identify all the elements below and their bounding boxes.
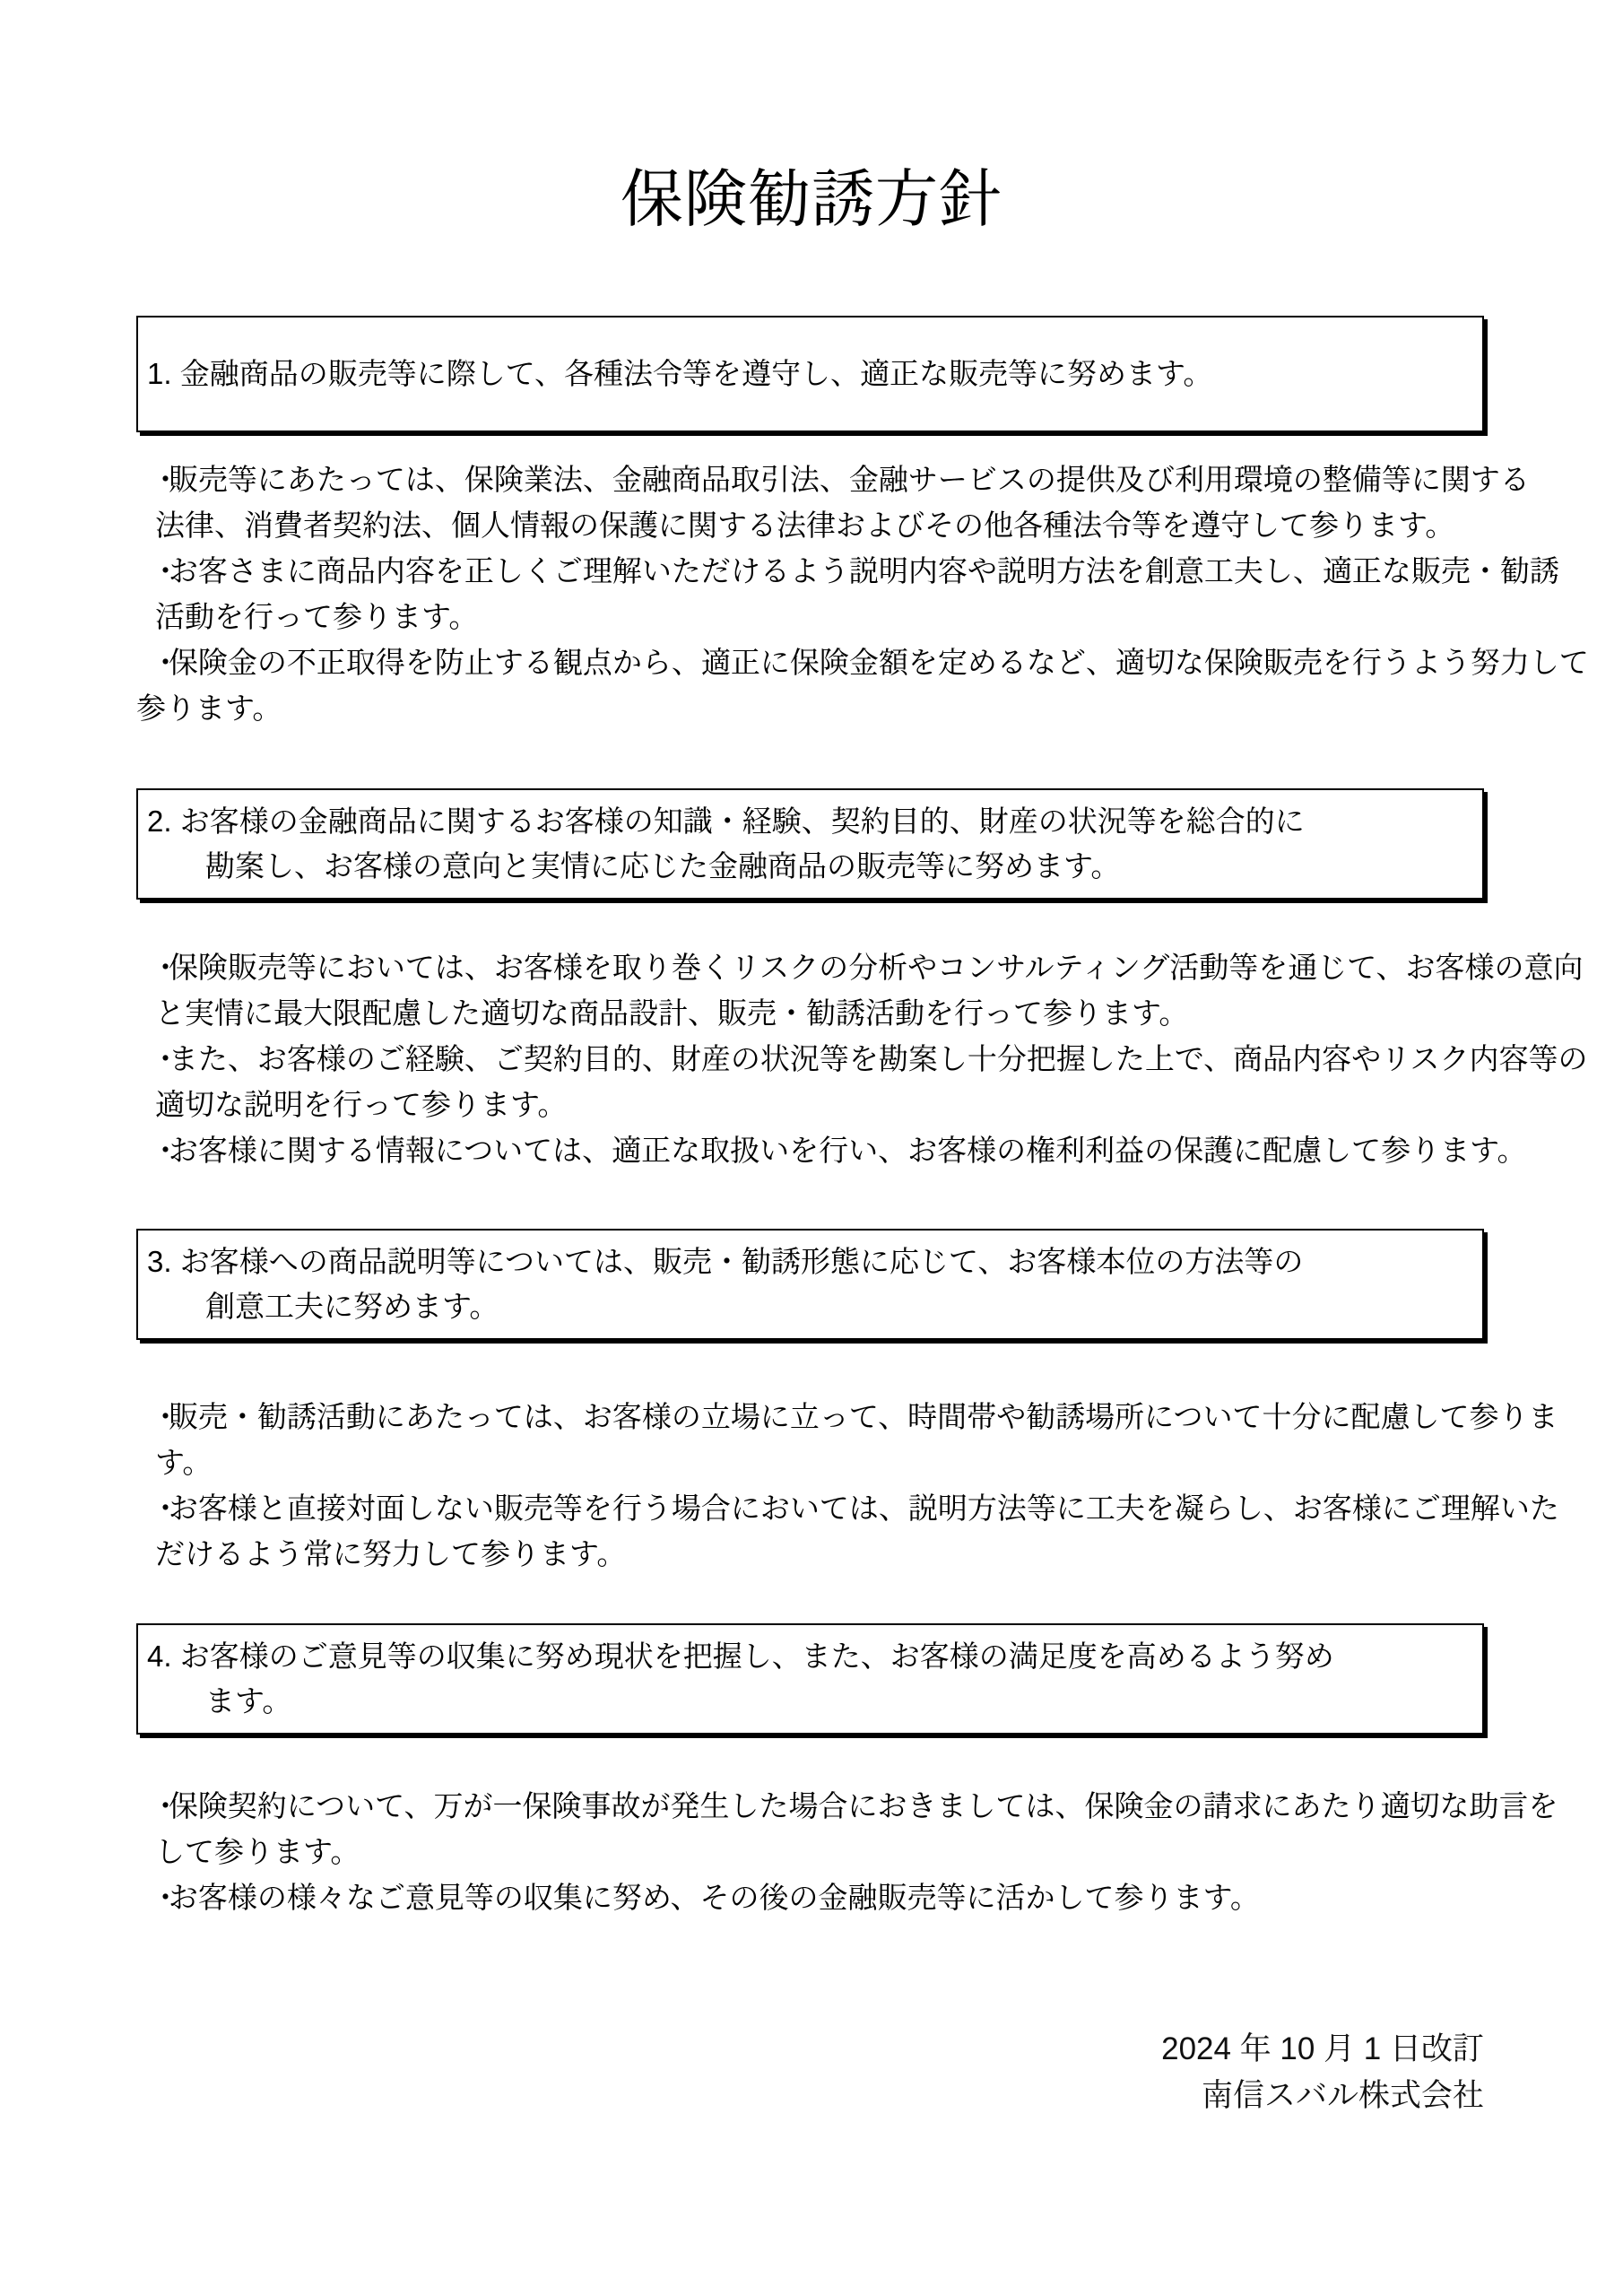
bullet-line: ・お客様に関する情報については、適正な取扱いを行い、お客様の権利利益の保護に配慮… bbox=[136, 1127, 1484, 1173]
bullet-text: 保険金の不正取得を防止する観点から、適正に保険金額を定めるなど、適切な保険販売を… bbox=[169, 646, 1589, 679]
policy-section: 4. お客様のご意見等の収集に努め現状を把握し、また、お客様の満足度を高めるよう… bbox=[136, 1623, 1484, 1920]
bullet-line: ・販売・勧誘活動にあたっては、お客様の立場に立って、時間帯や勧誘場所について十分… bbox=[136, 1394, 1484, 1439]
bullet-text: 販売等にあたっては、保険業法、金融商品取引法、金融サービスの提供及び利用環境の整… bbox=[169, 463, 1530, 496]
heading-line: ます。 bbox=[147, 1679, 1473, 1724]
bullet-marker: ・ bbox=[151, 463, 169, 496]
section-heading-box: 2. お客様の金融商品に関するお客様の知識・経験、契約目的、財産の状況等を総合的… bbox=[136, 788, 1484, 900]
section-body: ・保険契約について、万が一保険事故が発生した場合におきましては、保険金の請求にあ… bbox=[136, 1783, 1484, 1920]
section-heading-box: 1. 金融商品の販売等に際して、各種法令等を遵守し、適正な販売等に努めます。 bbox=[136, 316, 1484, 432]
bullet-marker: ・ bbox=[151, 1134, 169, 1167]
continuation-line: 法律、消費者契約法、個人情報の保護に関する法律およびその他各種法令等を遵守して参… bbox=[136, 502, 1484, 548]
bullet-marker: ・ bbox=[151, 646, 169, 679]
bullet-text: 販売・勧誘活動にあたっては、お客様の立場に立って、時間帯や勧誘場所について十分に… bbox=[169, 1400, 1558, 1433]
bullet-text: また、お客様のご経験、ご契約目的、財産の状況等を勘案し十分把握した上で、商品内容… bbox=[169, 1042, 1588, 1075]
bullet-line: ・また、お客様のご経験、ご契約目的、財産の状況等を勘案し十分把握した上で、商品内… bbox=[136, 1036, 1484, 1082]
section-heading-box: 3. お客様への商品説明等については、販売・勧誘形態に応じて、お客様本位の方法等… bbox=[136, 1229, 1484, 1340]
continuation-line: して参ります。 bbox=[136, 1829, 1484, 1874]
bullet-marker: ・ bbox=[151, 1400, 169, 1433]
bullet-text: 保険契約について、万が一保険事故が発生した場合におきましては、保険金の請求にあた… bbox=[169, 1789, 1558, 1822]
continuation-line: 適切な説明を行って参ります。 bbox=[136, 1082, 1484, 1127]
section-heading-box: 4. お客様のご意見等の収集に努め現状を把握し、また、お客様の満足度を高めるよう… bbox=[136, 1623, 1484, 1735]
bullet-line: ・お客さまに商品内容を正しくご理解いただけるよう説明内容や説明方法を創意工夫し、… bbox=[136, 548, 1484, 594]
bullet-text: お客様に関する情報については、適正な取扱いを行い、お客様の権利利益の保護に配慮し… bbox=[169, 1134, 1527, 1167]
heading-line: 1. 金融商品の販売等に際して、各種法令等を遵守し、適正な販売等に努めます。 bbox=[147, 352, 1473, 396]
company-name: 南信スバル株式会社 bbox=[0, 2073, 1484, 2119]
bullet-line: ・保険販売等においては、お客様を取り巻くリスクの分析やコンサルティング活動等を通… bbox=[136, 944, 1484, 990]
heading-line: 4. お客様のご意見等の収集に努め現状を把握し、また、お客様の満足度を高めるよう… bbox=[147, 1634, 1473, 1679]
bullet-text: お客様と直接対面しない販売等を行う場合においては、説明方法等に工夫を凝らし、お客… bbox=[169, 1492, 1559, 1525]
document-page: 保険勧誘方針 1. 金融商品の販売等に際して、各種法令等を遵守し、適正な販売等に… bbox=[0, 0, 1623, 2296]
bullet-marker: ・ bbox=[151, 1881, 169, 1914]
document-content: 1. 金融商品の販売等に際して、各種法令等を遵守し、適正な販売等に努めます。・販… bbox=[136, 316, 1484, 1920]
bullet-text: 保険販売等においては、お客様を取り巻くリスクの分析やコンサルティング活動等を通じ… bbox=[169, 951, 1584, 984]
heading-line: 3. お客様への商品説明等については、販売・勧誘形態に応じて、お客様本位の方法等… bbox=[147, 1239, 1473, 1284]
revision-date: 2024 年 10 月 1 日改訂 bbox=[0, 2026, 1484, 2073]
page-title: 保険勧誘方針 bbox=[0, 0, 1623, 237]
bullet-marker: ・ bbox=[151, 951, 169, 984]
continuation-line: す。 bbox=[136, 1439, 1484, 1485]
bullet-line: ・お客様と直接対面しない販売等を行う場合においては、説明方法等に工夫を凝らし、お… bbox=[136, 1485, 1484, 1531]
continuation-line: 参ります。 bbox=[136, 685, 1484, 731]
bullet-line: ・販売等にあたっては、保険業法、金融商品取引法、金融サービスの提供及び利用環境の… bbox=[136, 457, 1484, 502]
bullet-text: お客さまに商品内容を正しくご理解いただけるよう説明内容や説明方法を創意工夫し、適… bbox=[169, 554, 1559, 587]
bullet-marker: ・ bbox=[151, 1789, 169, 1822]
heading-line: 創意工夫に努めます。 bbox=[147, 1284, 1473, 1329]
bullet-line: ・保険金の不正取得を防止する観点から、適正に保険金額を定めるなど、適切な保険販売… bbox=[136, 639, 1484, 685]
bullet-text: お客様の様々なご意見等の収集に努め、その後の金融販売等に活かして参ります。 bbox=[169, 1881, 1260, 1914]
bullet-line: ・お客様の様々なご意見等の収集に努め、その後の金融販売等に活かして参ります。 bbox=[136, 1874, 1484, 1920]
bullet-line: ・保険契約について、万が一保険事故が発生した場合におきましては、保険金の請求にあ… bbox=[136, 1783, 1484, 1829]
heading-line: 2. お客様の金融商品に関するお客様の知識・経験、契約目的、財産の状況等を総合的… bbox=[147, 799, 1473, 844]
policy-section: 3. お客様への商品説明等については、販売・勧誘形態に応じて、お客様本位の方法等… bbox=[136, 1229, 1484, 1577]
continuation-line: 活動を行って参ります。 bbox=[136, 594, 1484, 639]
bullet-marker: ・ bbox=[151, 554, 169, 587]
policy-section: 2. お客様の金融商品に関するお客様の知識・経験、契約目的、財産の状況等を総合的… bbox=[136, 788, 1484, 1173]
section-body: ・販売・勧誘活動にあたっては、お客様の立場に立って、時間帯や勧誘場所について十分… bbox=[136, 1394, 1484, 1577]
bullet-marker: ・ bbox=[151, 1042, 169, 1075]
policy-section: 1. 金融商品の販売等に際して、各種法令等を遵守し、適正な販売等に努めます。・販… bbox=[136, 316, 1484, 731]
section-body: ・保険販売等においては、お客様を取り巻くリスクの分析やコンサルティング活動等を通… bbox=[136, 944, 1484, 1173]
bullet-marker: ・ bbox=[151, 1492, 169, 1525]
section-body: ・販売等にあたっては、保険業法、金融商品取引法、金融サービスの提供及び利用環境の… bbox=[136, 457, 1484, 731]
document-footer: 2024 年 10 月 1 日改訂 南信スバル株式会社 bbox=[0, 2026, 1484, 2119]
heading-line: 勘案し、お客様の意向と実情に応じた金融商品の販売等に努めます。 bbox=[147, 844, 1473, 889]
continuation-line: だけるよう常に努力して参ります。 bbox=[136, 1531, 1484, 1577]
continuation-line: と実情に最大限配慮した適切な商品設計、販売・勧誘活動を行って参ります。 bbox=[136, 990, 1484, 1036]
